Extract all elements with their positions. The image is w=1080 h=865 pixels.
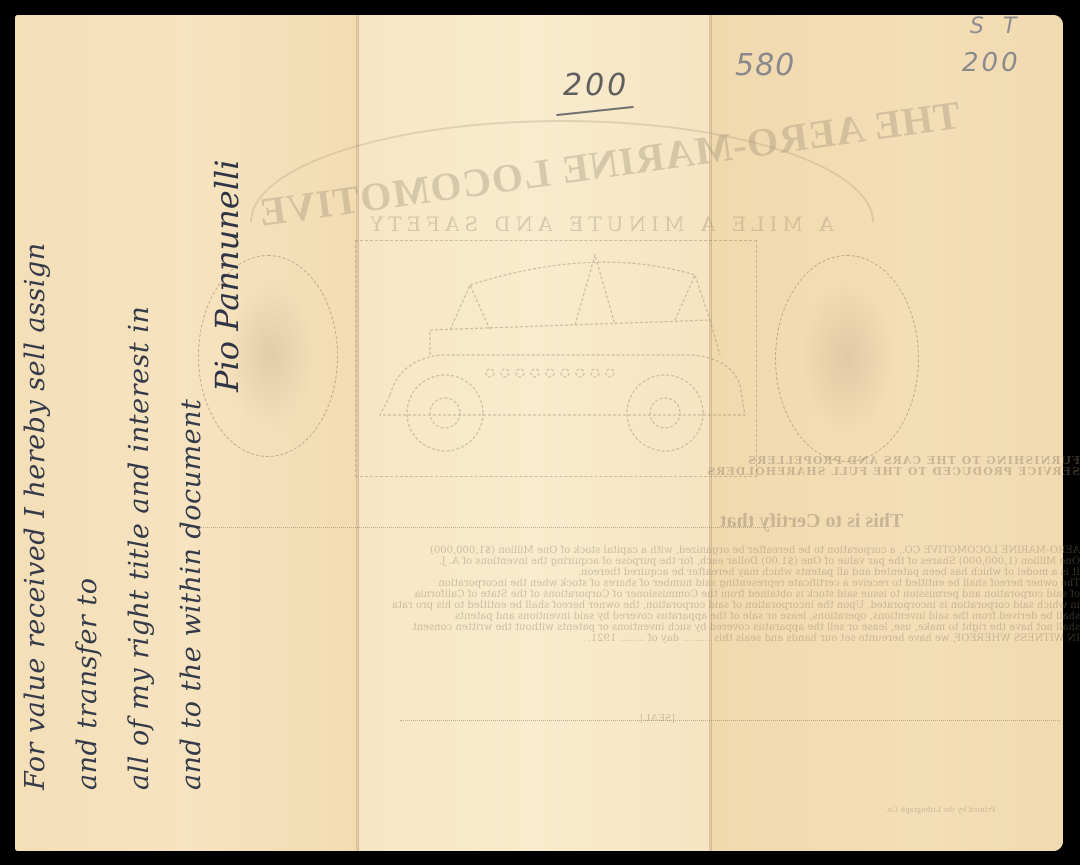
body-line: shall not have the right to make, use, l… xyxy=(200,622,1080,633)
body-line: One Million (1,000,000) Shares of the pa… xyxy=(200,556,1080,567)
certificate-heading-mirrored: This is to Certify that xyxy=(720,510,903,533)
dotted-rule xyxy=(200,527,770,529)
body-line: of said corporation and permission to is… xyxy=(200,589,1080,600)
portrait-right xyxy=(800,280,895,435)
body-line: AERO-MARINE LOCOMOTIVE CO., a corporatio… xyxy=(200,545,1080,556)
aero-marine-vehicle-illustration xyxy=(360,245,760,455)
handwritten-assignment: For value received I hereby sell assign … xyxy=(10,170,218,790)
body-line: in which said corporation is incorporate… xyxy=(200,600,1080,611)
body-line: IN WITNESS WHEREOF, we have hereunto set… xyxy=(200,633,1080,644)
assignment-line-2: and transfer to xyxy=(62,170,114,790)
body-line: The owner hereof shall be entitled to re… xyxy=(200,578,1080,589)
pencil-note-st: S T xyxy=(970,14,1022,39)
pencil-note-center: 200 xyxy=(563,68,629,103)
seal-label-mirrored: [SEAL] xyxy=(640,712,675,724)
assignor-signature: Pio Pannunelli xyxy=(208,160,246,392)
pencil-note-200-right: 200 xyxy=(962,48,1021,78)
pencil-note-580: 580 xyxy=(735,48,795,83)
signature-rule xyxy=(400,720,1060,722)
assignment-line-1: For value received I hereby sell assign xyxy=(10,170,62,790)
certificate-body-mirrored: AERO-MARINE LOCOMOTIVE CO., a corporatio… xyxy=(200,545,1080,665)
assignment-line-3: all of my right title and interest in xyxy=(114,170,166,790)
printer-imprint-mirrored: Printed by the Lithograph Co. xyxy=(885,805,995,814)
body-line: shall be derived from the said invention… xyxy=(200,611,1080,622)
tagline-block-mirrored: FURNISHING TO THE CARS AND PROPELLERS SE… xyxy=(200,455,1080,495)
body-line: It is a model of which has been patented… xyxy=(200,567,1080,578)
tagline-line-2: SERVICE PRODUCED TO THE FULL SHAREHOLDER… xyxy=(200,466,1080,477)
motto-mirrored: A MILE A MINUTE AND SAFETY xyxy=(365,212,834,236)
